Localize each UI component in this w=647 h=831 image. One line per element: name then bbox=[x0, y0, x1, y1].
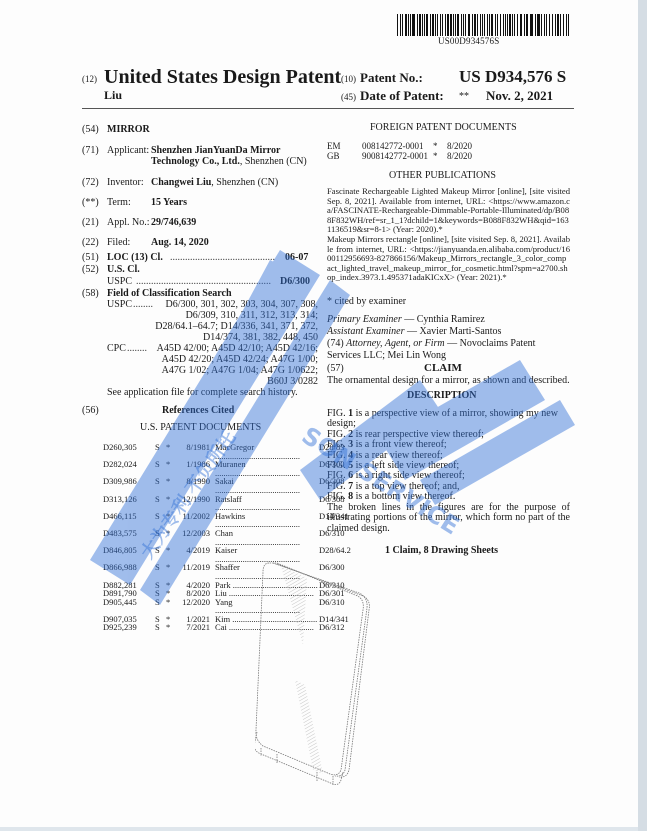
foreign-star: * bbox=[433, 141, 438, 151]
barcode-bar bbox=[422, 14, 423, 36]
foreign-country: EM bbox=[327, 141, 341, 151]
ref-kind: S bbox=[155, 512, 166, 529]
barcode-bar bbox=[461, 14, 462, 36]
barcode-bar bbox=[495, 14, 496, 36]
barcode-bar bbox=[557, 14, 558, 36]
ref-name: Hawkins ................................… bbox=[215, 512, 319, 529]
barcode-bar bbox=[544, 14, 545, 36]
barcode-bar bbox=[440, 14, 441, 36]
term-label: Term: bbox=[107, 197, 131, 208]
title-code: (54) bbox=[82, 124, 99, 135]
barcode-bar bbox=[442, 14, 443, 36]
barcode-bar bbox=[549, 14, 550, 36]
figure-descriptions: FIG. 1 is a perspective view of a mirror… bbox=[327, 409, 570, 503]
cpc-lines-line: A45D 42/20; A45D 42/24; A47G 1/00; bbox=[162, 354, 318, 365]
inventor-location: , Shenzhen (CN) bbox=[211, 177, 278, 188]
document-title: United States Design Patent bbox=[104, 66, 341, 89]
reference-row: D466,115S*11/2002Hawkins ...............… bbox=[103, 512, 351, 529]
cpc-lines-line: A47G 1/02; A47G 1/04; A47G 1/0622; bbox=[162, 365, 318, 376]
barcode-bar bbox=[530, 14, 531, 36]
uspc-lines-line: D6/309, 310, 311, 312, 313, 314; bbox=[186, 310, 318, 321]
barcode-bar bbox=[497, 14, 498, 36]
date-label: Date of Patent: bbox=[360, 88, 444, 104]
ref-star: * bbox=[166, 623, 180, 632]
ref-kind: S bbox=[155, 546, 166, 563]
barcode-bar bbox=[524, 14, 525, 36]
us-cl-value: D6/300 bbox=[280, 276, 310, 287]
barcode-bar bbox=[468, 14, 469, 36]
applicant-code: (71) bbox=[82, 145, 99, 156]
ref-star: * bbox=[166, 460, 180, 477]
field-search-label: Field of Classification Search bbox=[107, 288, 232, 299]
reference-row: D282,024S*1/1986Muranen ................… bbox=[103, 460, 351, 477]
barcode-bar bbox=[412, 14, 413, 36]
uspc-lines-line: D28/64.1–64.7; D14/336, 341, 371, 372, bbox=[155, 321, 318, 332]
us-cl-dots: ........................................… bbox=[136, 276, 271, 287]
vertical-scrollbar[interactable] bbox=[638, 0, 647, 831]
barcode-bar bbox=[526, 14, 527, 36]
barcode-bar bbox=[507, 14, 508, 36]
appl-no-value: 29/746,639 bbox=[151, 217, 196, 228]
attorney-label: Attorney, Agent, or Firm bbox=[346, 338, 444, 349]
applicant-name-2: Technology Co., Ltd. bbox=[151, 156, 240, 167]
patent-page: US00D934576S (12) United States Design P… bbox=[0, 0, 638, 827]
ref-star: * bbox=[166, 477, 180, 494]
applicant-location: , Shenzhen (CN) bbox=[240, 156, 307, 167]
barcode-bar bbox=[512, 14, 513, 36]
ref-number: D866,988 bbox=[103, 563, 155, 580]
code-10: (10) bbox=[341, 74, 356, 84]
ref-number: D483,575 bbox=[103, 529, 155, 546]
us-patent-documents-label: U.S. PATENT DOCUMENTS bbox=[140, 422, 261, 433]
figure-description: FIG. 1 is a perspective view of a mirror… bbox=[327, 409, 570, 430]
cpc-dots: ........ bbox=[127, 343, 147, 354]
references-label: References Cited bbox=[162, 405, 234, 416]
barcode-text: US00D934576S bbox=[438, 36, 499, 46]
patent-date: Nov. 2, 2021 bbox=[486, 88, 553, 104]
cpc-label: CPC bbox=[107, 343, 126, 354]
barcode-bar bbox=[445, 14, 446, 36]
barcode-bar bbox=[455, 14, 456, 36]
barcode-bar bbox=[469, 14, 470, 36]
foreign-star: * bbox=[433, 151, 438, 161]
barcode-bar bbox=[480, 14, 481, 36]
ref-date: 8/1981 bbox=[180, 443, 215, 460]
claims-summary: 1 Claim, 8 Drawing Sheets bbox=[385, 545, 498, 556]
term-code: (**) bbox=[82, 197, 99, 208]
ref-name: Sakai ..................................… bbox=[215, 477, 319, 494]
field-search-code: (58) bbox=[82, 288, 99, 299]
filed-code: (22) bbox=[82, 237, 99, 248]
applicant-label: Applicant: bbox=[107, 145, 149, 156]
barcode-bar bbox=[435, 14, 436, 36]
claim-code: (57) bbox=[327, 363, 344, 374]
barcode-bar bbox=[397, 14, 398, 36]
barcode-bar bbox=[447, 14, 448, 36]
ref-number: D313,126 bbox=[103, 495, 155, 512]
barcode-bar bbox=[402, 14, 403, 36]
publication-1: Fascinate Rechargeable Lighted Makeup Mi… bbox=[327, 187, 570, 235]
design-title: MIRROR bbox=[107, 124, 150, 135]
ref-name: Ratslaff ...............................… bbox=[215, 495, 319, 512]
ref-date: 12/1990 bbox=[180, 495, 215, 512]
loc-label: LOC (13) Cl. bbox=[107, 252, 163, 263]
barcode-bar bbox=[453, 14, 454, 36]
ref-date: 1/1986 bbox=[180, 460, 215, 477]
cited-note: * cited by examiner bbox=[327, 296, 406, 307]
barcode-bar bbox=[457, 14, 458, 36]
uspc-lines-line: D6/300, 301, 302, 303, 304, 307, 308, bbox=[166, 299, 319, 310]
ref-date: 8/1990 bbox=[180, 477, 215, 494]
barcode-bar bbox=[560, 14, 561, 36]
foreign-number: 008142772-0001 bbox=[362, 141, 424, 151]
ref-name: Muranen ................................… bbox=[215, 460, 319, 477]
barcode-bar bbox=[520, 14, 521, 36]
loc-code: (51) bbox=[82, 252, 99, 263]
ref-number: D905,445 bbox=[103, 598, 155, 615]
ref-kind: S bbox=[155, 460, 166, 477]
us-cl-label: U.S. Cl. bbox=[107, 264, 140, 275]
ref-number: D846,805 bbox=[103, 546, 155, 563]
date-mark: ** bbox=[459, 91, 469, 102]
barcode-bar bbox=[405, 14, 406, 36]
description-heading: DESCRIPTION bbox=[407, 390, 476, 401]
barcode-bar bbox=[531, 14, 532, 36]
publication-2: Makeup Mirrors rectangle [online], [site… bbox=[327, 235, 570, 283]
claim-text: The ornamental design for a mirror, as s… bbox=[327, 375, 570, 386]
barcode-bar bbox=[555, 14, 556, 36]
patent-no-label: Patent No.: bbox=[360, 70, 423, 86]
other-publications: Fascinate Rechargeable Lighted Makeup Mi… bbox=[327, 187, 570, 283]
ref-star: * bbox=[166, 563, 180, 580]
barcode bbox=[397, 14, 570, 36]
appl-no-code: (21) bbox=[82, 217, 99, 228]
barcode-bar bbox=[432, 14, 433, 36]
inventor-label: Inventor: bbox=[107, 177, 144, 188]
attorney-block: (74) Attorney, Agent, or Firm — Novoclai… bbox=[327, 338, 570, 361]
assistant-examiner: Xavier Marti-Santos bbox=[420, 326, 502, 337]
attorney-code: (74) bbox=[327, 338, 344, 349]
ref-date: 11/2019 bbox=[180, 563, 215, 580]
barcode-bar bbox=[509, 14, 510, 36]
barcode-bar bbox=[419, 14, 420, 36]
reference-row: D483,575S*12/2003Chan ..................… bbox=[103, 529, 351, 546]
loc-dots: ........................................… bbox=[170, 252, 275, 263]
ref-star: * bbox=[166, 529, 180, 546]
reference-row: D260,305S*8/1981MacGregor ..............… bbox=[103, 443, 351, 460]
foreign-date: 8/2020 bbox=[447, 141, 472, 151]
ref-kind: S bbox=[155, 563, 166, 580]
barcode-bar bbox=[400, 14, 401, 36]
ref-star: * bbox=[166, 512, 180, 529]
ref-star: * bbox=[166, 546, 180, 563]
barcode-bar bbox=[505, 14, 506, 36]
foreign-number: 9008142772-0001 bbox=[362, 151, 428, 161]
barcode-bar bbox=[541, 14, 542, 36]
inventor-short: Liu bbox=[104, 88, 122, 103]
barcode-bar bbox=[426, 14, 427, 36]
reference-row: D313,126S*12/1990Ratslaff ..............… bbox=[103, 495, 351, 512]
barcode-bar bbox=[430, 14, 431, 36]
us-cl-code: (52) bbox=[82, 264, 99, 275]
barcode-bar bbox=[568, 14, 569, 36]
filed-value: Aug. 14, 2020 bbox=[151, 237, 209, 248]
filed-label: Filed: bbox=[107, 237, 130, 248]
ref-star: * bbox=[166, 598, 180, 615]
inventor-code: (72) bbox=[82, 177, 99, 188]
barcode-bar bbox=[451, 14, 452, 36]
barcode-bar bbox=[463, 14, 464, 36]
barcode-bar bbox=[489, 14, 490, 36]
ref-number: D282,024 bbox=[103, 460, 155, 477]
ref-date: 12/2020 bbox=[180, 598, 215, 615]
references-code: (56) bbox=[82, 405, 99, 416]
barcode-bar bbox=[437, 14, 438, 36]
ref-star: * bbox=[166, 495, 180, 512]
barcode-bar bbox=[487, 14, 488, 36]
barcode-bar bbox=[558, 14, 559, 36]
ref-number: D925,239 bbox=[103, 623, 155, 632]
cpc-lines-line: B60J 3/0282 bbox=[267, 376, 318, 387]
foreign-country: GB bbox=[327, 151, 340, 161]
uspc-lines-line: D14/374, 381, 382, 448, 450 bbox=[203, 332, 318, 343]
primary-examiner-label: Primary Examiner bbox=[327, 314, 402, 325]
other-publications-label: OTHER PUBLICATIONS bbox=[389, 170, 496, 181]
ref-number: D466,115 bbox=[103, 512, 155, 529]
barcode-bar bbox=[482, 14, 483, 36]
barcode-bar bbox=[563, 14, 564, 36]
ref-date: 12/2003 bbox=[180, 529, 215, 546]
foreign-date: 8/2020 bbox=[447, 151, 472, 161]
barcode-bar bbox=[465, 14, 466, 36]
ref-kind: S bbox=[155, 529, 166, 546]
ref-number: D309,986 bbox=[103, 477, 155, 494]
barcode-bar bbox=[408, 14, 409, 36]
barcode-bar bbox=[566, 14, 567, 36]
barcode-bar bbox=[517, 14, 518, 36]
header-rule bbox=[82, 108, 574, 109]
term-value: 15 Years bbox=[151, 197, 187, 208]
mirror-drawing bbox=[255, 560, 375, 795]
barcode-bar bbox=[552, 14, 553, 36]
barcode-bar bbox=[474, 14, 475, 36]
barcode-bar bbox=[538, 14, 539, 36]
ref-kind: S bbox=[155, 598, 166, 615]
ref-name: Chan ...................................… bbox=[215, 529, 319, 546]
foreign-docs-label: FOREIGN PATENT DOCUMENTS bbox=[370, 122, 517, 133]
ref-date: 7/2021 bbox=[180, 623, 215, 632]
loc-value: 06-07 bbox=[285, 252, 308, 263]
inventor-name: Changwei Liu bbox=[151, 177, 211, 188]
ref-kind: S bbox=[155, 495, 166, 512]
barcode-bar bbox=[450, 14, 451, 36]
barcode-bar bbox=[417, 14, 418, 36]
search-history-note: See application file for complete search… bbox=[107, 387, 298, 398]
ref-kind: S bbox=[155, 477, 166, 494]
barcode-bar bbox=[500, 14, 501, 36]
ref-kind: S bbox=[155, 443, 166, 460]
ref-number: D260,305 bbox=[103, 443, 155, 460]
primary-examiner: Cynthia Ramirez bbox=[417, 314, 485, 325]
code-12: (12) bbox=[82, 74, 97, 84]
appl-no-label: Appl. No.: bbox=[107, 217, 150, 228]
ref-kind: S bbox=[155, 623, 166, 632]
cpc-lines-line: A45D 42/00; A45D 42/10; A45D 42/16; bbox=[157, 343, 318, 354]
barcode-bar bbox=[535, 14, 536, 36]
barcode-bar bbox=[477, 14, 478, 36]
field-search-uspc-label: USPC bbox=[107, 299, 132, 310]
code-45: (45) bbox=[341, 92, 356, 102]
barcode-bar bbox=[491, 14, 492, 36]
applicant-name-1: Shenzhen JianYuanDa Mirror bbox=[151, 145, 280, 156]
barcode-bar bbox=[537, 14, 538, 36]
reference-row: D309,986S*8/1990Sakai ..................… bbox=[103, 477, 351, 494]
ref-date: 11/2002 bbox=[180, 512, 215, 529]
barcode-bar bbox=[413, 14, 414, 36]
ref-star: * bbox=[166, 443, 180, 460]
barcode-bar bbox=[410, 14, 411, 36]
barcode-bar bbox=[514, 14, 515, 36]
patent-number: US D934,576 S bbox=[459, 67, 566, 87]
broken-lines-note: The broken lines in the figures are for … bbox=[327, 503, 570, 534]
ref-date: 4/2019 bbox=[180, 546, 215, 563]
assistant-examiner-label: Assistant Examiner bbox=[327, 326, 405, 337]
barcode-bar bbox=[472, 14, 473, 36]
barcode-bar bbox=[484, 14, 485, 36]
field-search-uspc-dots: ........ bbox=[133, 299, 153, 310]
barcode-bar bbox=[546, 14, 547, 36]
ref-name: MacGregor ..............................… bbox=[215, 443, 319, 460]
barcode-bar bbox=[503, 14, 504, 36]
barcode-bar bbox=[424, 14, 425, 36]
us-cl-uspc-label: USPC bbox=[107, 276, 132, 287]
claim-heading: CLAIM bbox=[424, 362, 462, 374]
